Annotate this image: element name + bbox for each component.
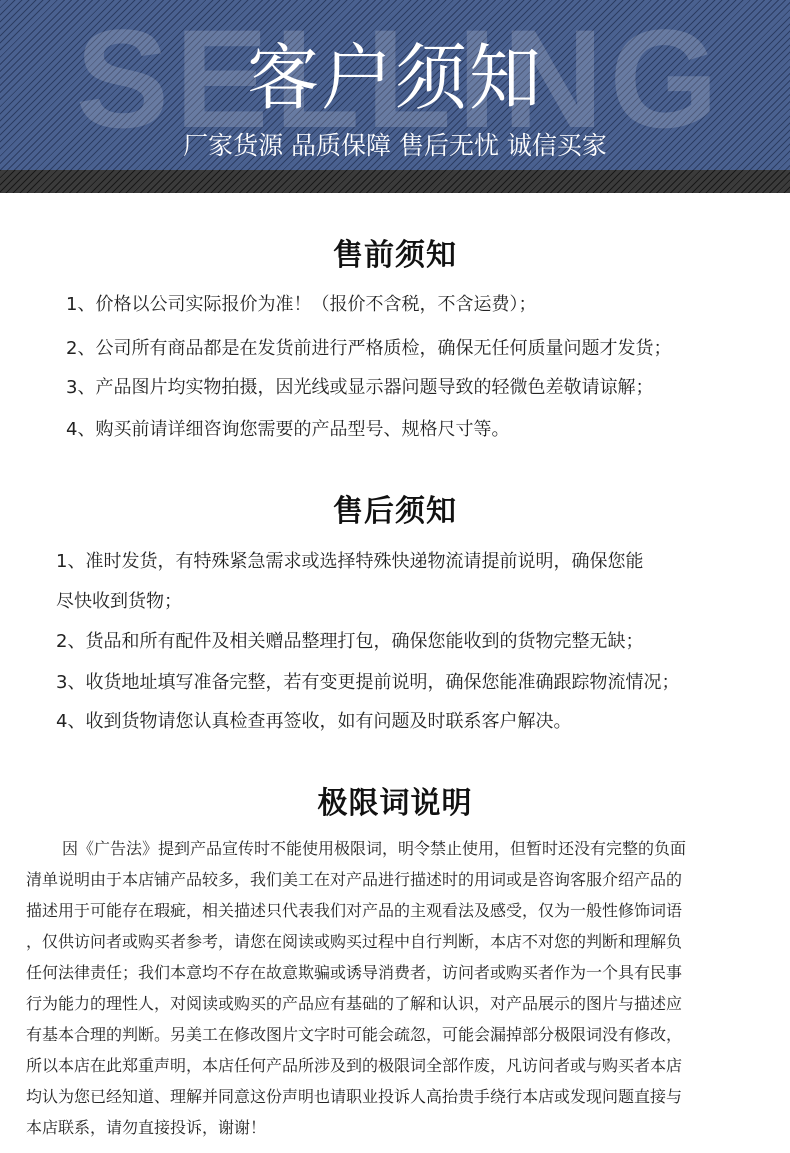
list-item: 尽快收到货物； <box>56 590 182 614</box>
page-title: 客户须知 <box>0 38 790 118</box>
page-subtitle: 厂家货源 品质保障 售后无忧 诚信买家 <box>0 130 790 162</box>
paragraph-line: 任何法律责任；我们本意均不存在故意欺骗或诱导消费者，访问者或购买者作为一个具有民… <box>26 962 682 984</box>
list-item: 3、产品图片均实物拍摄，因光线或显示器问题导致的轻微色差敬请谅解； <box>66 376 653 400</box>
list-item: 4、购买前请详细咨询您需要的产品型号、规格尺寸等。 <box>66 418 509 442</box>
paragraph-line: ，仅供访问者或购买者参考，请您在阅读或购买过程中自行判断，本店不对您的判断和理解… <box>26 931 682 953</box>
after-sale-title: 售后须知 <box>0 486 790 530</box>
paragraph-line: 清单说明由于本店铺产品较多，我们美工在对产品进行描述时的用词或是咨询客服介绍产品… <box>26 869 682 891</box>
pre-sale-title: 售前须知 <box>0 230 790 274</box>
paragraph-line: 因《广告法》提到产品宣传时不能使用极限词，明令禁止使用，但暂时还没有完整的负面 <box>62 838 686 860</box>
list-item: 1、准时发货，有特殊紧急需求或选择特殊快递物流请提前说明，确保您能 <box>56 550 643 574</box>
paragraph-line: 描述用于可能存在瑕疵，相关描述只代表我们对产品的主观看法及感受，仅为一般性修饰词… <box>26 900 682 922</box>
paragraph-line: 所以本店在此郑重声明，本店任何产品所涉及到的极限词全部作废，凡访问者或与购买者本… <box>26 1055 682 1077</box>
paragraph-line: 有基本合理的判断。另美工在修改图片文字时可能会疏忽，可能会漏掉部分极限词没有修改… <box>26 1024 682 1046</box>
extreme-words-title: 极限词说明 <box>0 778 790 822</box>
banner-dark-stripe <box>0 170 790 193</box>
header-banner: SELLING 客户须知 厂家货源 品质保障 售后无忧 诚信买家 <box>0 0 790 193</box>
list-item: 1、价格以公司实际报价为准！（报价不含税，不含运费）； <box>66 293 536 317</box>
list-item: 2、公司所有商品都是在发货前进行严格质检，确保无任何质量问题才发货； <box>66 337 671 361</box>
list-item: 2、货品和所有配件及相关赠品整理打包，确保您能收到的货物完整无缺； <box>56 630 643 654</box>
list-item: 3、收货地址填写准备完整，若有变更提前说明，确保您能准确跟踪物流情况； <box>56 671 679 695</box>
list-item: 4、收到货物请您认真检查再签收，如有问题及时联系客户解决。 <box>56 710 571 734</box>
paragraph-line: 本店联系，请勿直接投诉，谢谢！ <box>26 1117 266 1139</box>
paragraph-line: 行为能力的理性人，对阅读或购买的产品应有基础的了解和认识，对产品展示的图片与描述… <box>26 993 682 1015</box>
paragraph-line: 均认为您已经知道、理解并同意这份声明也请职业投诉人高抬贵手绕行本店或发现问题直接… <box>26 1086 682 1108</box>
